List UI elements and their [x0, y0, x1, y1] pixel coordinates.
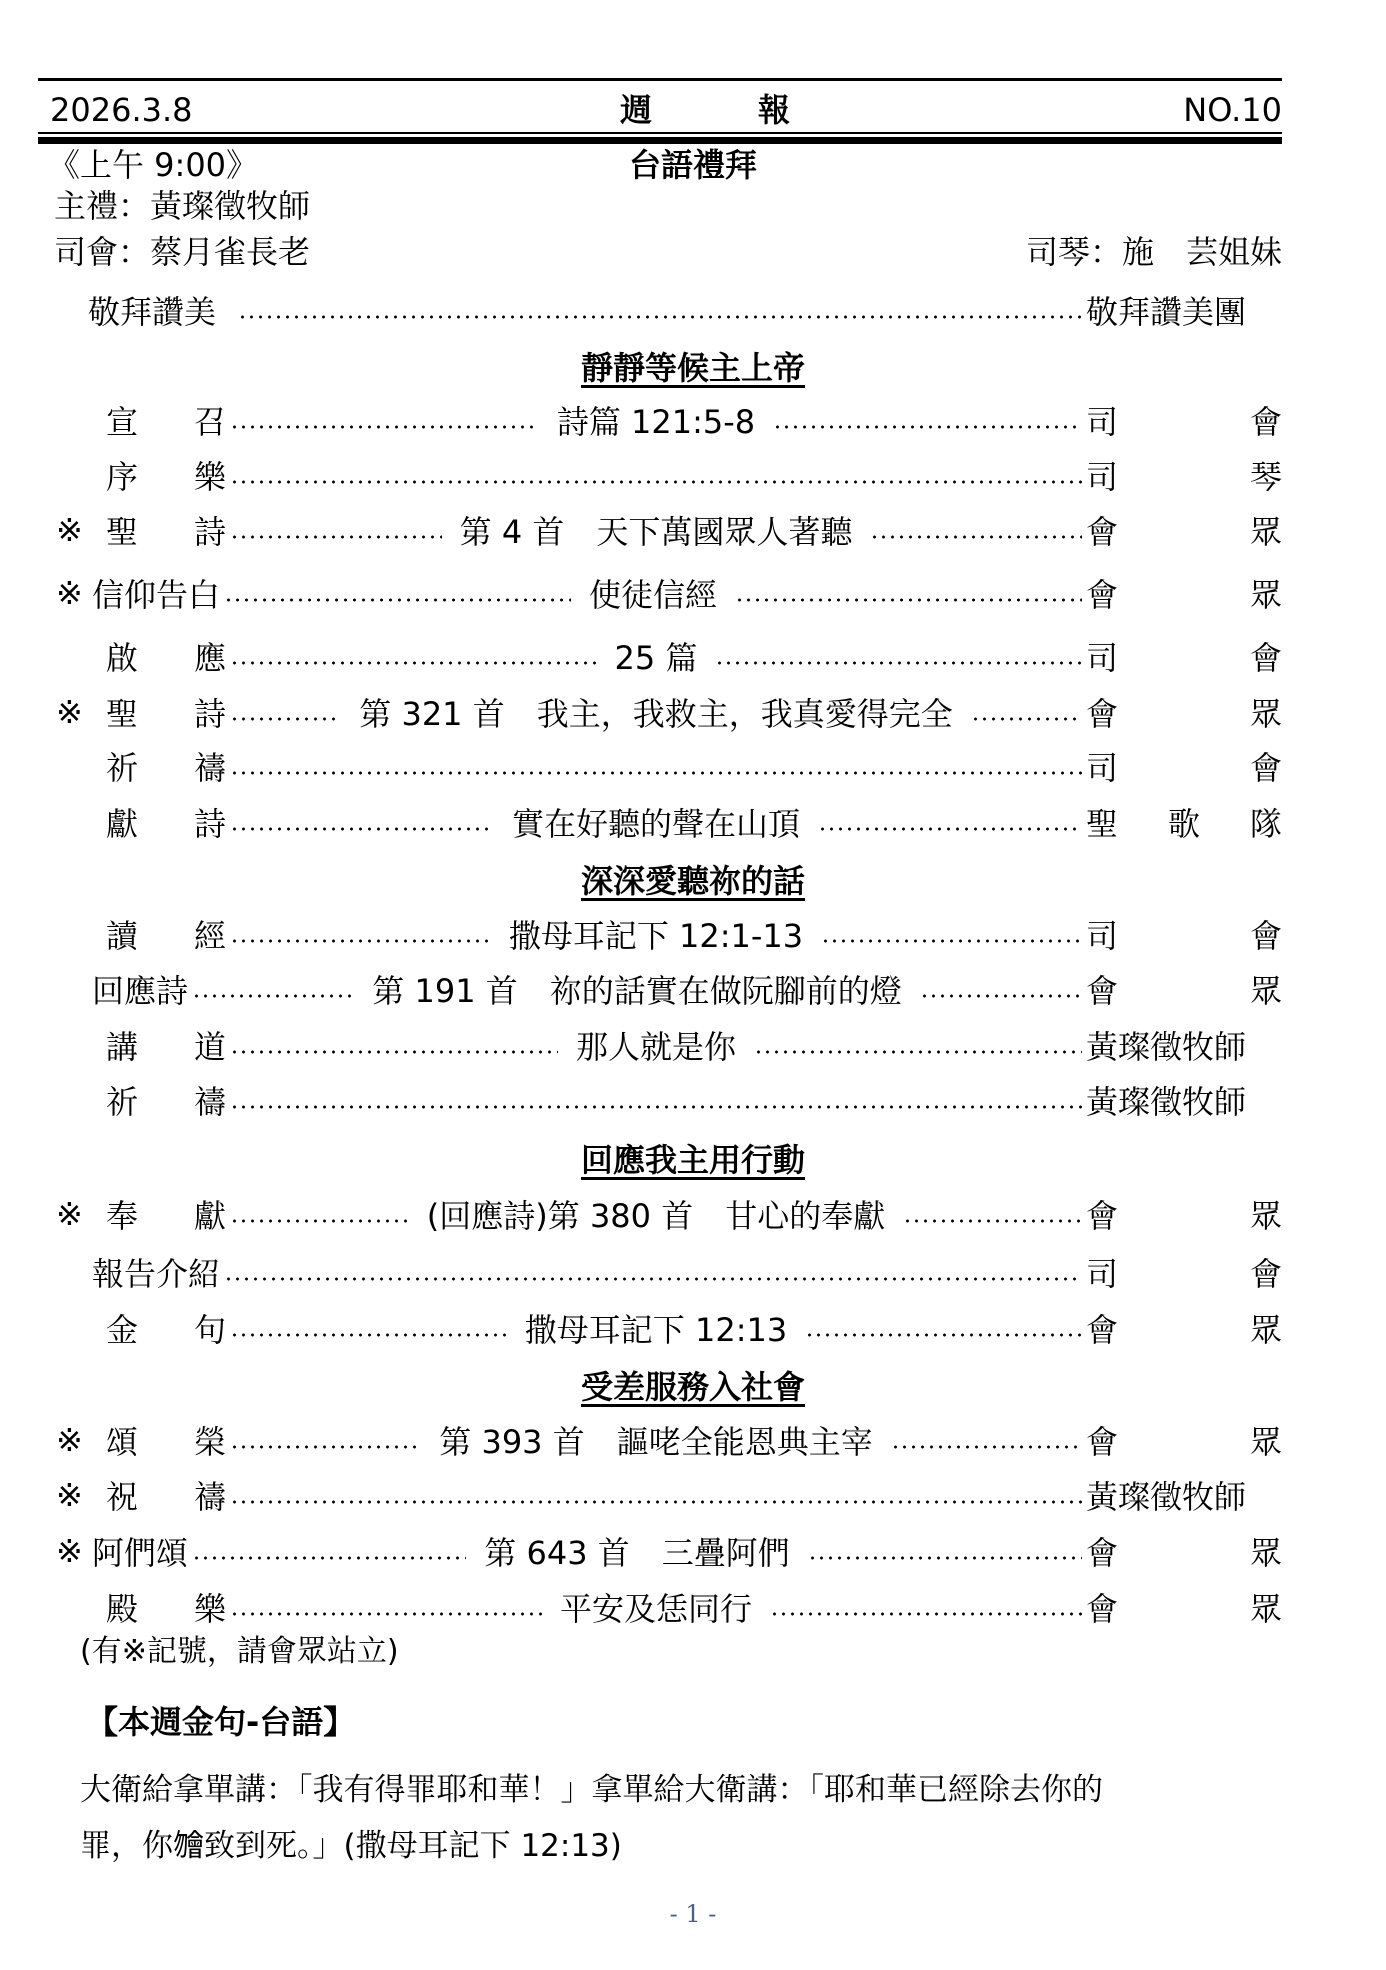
item-label-part: 道 — [194, 1022, 226, 1068]
dot-leader — [920, 994, 1082, 998]
item-label: 序樂 — [106, 452, 226, 498]
item-performer-part: 眾 — [1250, 1305, 1282, 1351]
item-performer-part: 眾 — [1250, 1417, 1282, 1463]
dot-leader — [230, 827, 494, 831]
item-performer-part: 眾 — [1250, 689, 1282, 735]
item-performer-part: 會 — [1086, 1584, 1118, 1630]
header-thick-rule — [38, 137, 1282, 144]
section-heading: 深深愛聽祢的話 — [0, 856, 1386, 902]
item-label: 聖詩 — [106, 689, 226, 735]
item-label: 奉獻 — [106, 1191, 226, 1237]
dot-leader — [230, 939, 491, 943]
dot-leader — [192, 994, 354, 998]
dot-leader — [808, 1556, 1082, 1560]
presider: 主禮：黃璨徵牧師 — [54, 186, 310, 226]
item-performer-part: 司 — [1086, 1249, 1118, 1295]
item-performer-part: 會 — [1086, 507, 1118, 553]
item-label-part: 樂 — [194, 452, 226, 498]
item-performer: 黃璨徵牧師 — [1086, 1022, 1282, 1068]
stand-mark: ※ — [56, 1532, 92, 1570]
item-performer-part: 會 — [1086, 1528, 1118, 1574]
header-thin-rule — [38, 132, 1282, 134]
item-label-part: 召 — [194, 397, 226, 443]
dot-leader — [230, 425, 539, 429]
section-heading-text: 深深愛聽祢的話 — [581, 862, 805, 900]
program-row: 殿樂平安及恁同行會眾 — [56, 1584, 1282, 1630]
item-label: 獻詩 — [106, 799, 226, 845]
dot-leader — [224, 598, 571, 602]
dot-leader — [903, 1219, 1082, 1223]
header-top-rule — [38, 78, 1282, 81]
memory-verse-line-2: 罪，你𣍐致到死。」(撒母耳記下 12:13) — [80, 1818, 1310, 1874]
item-performer-part: 聖 — [1086, 799, 1118, 845]
dot-leader — [230, 771, 1082, 775]
item-label: 頌榮 — [106, 1417, 226, 1463]
item-performer: 會眾 — [1086, 1584, 1282, 1630]
item-performer-part: 琴 — [1250, 452, 1282, 498]
dot-leader — [230, 1219, 409, 1223]
dot-leader — [230, 1050, 558, 1054]
item-performer-part: 會 — [1086, 1191, 1118, 1237]
item-label-part: 信仰告白 — [92, 570, 220, 616]
dot-leader — [230, 1445, 421, 1449]
item-performer: 會眾 — [1086, 1528, 1282, 1574]
dot-leader — [773, 425, 1082, 429]
item-performer: 會眾 — [1086, 507, 1282, 553]
item-content: 第 4 首 天下萬國眾人著聽 — [446, 507, 867, 553]
item-performer: 司會 — [1086, 911, 1282, 957]
bulletin-date: 2026.3.8 — [50, 92, 193, 128]
host: 司會：蔡月雀長老 — [54, 232, 310, 272]
dot-leader — [891, 1445, 1082, 1449]
dot-leader — [230, 1500, 1082, 1504]
dot-leader — [754, 1050, 1082, 1054]
organist: 司琴：施 芸姐妹 — [1026, 232, 1282, 272]
item-performer: 司會 — [1086, 1249, 1282, 1295]
item-label-part: 禱 — [194, 1077, 226, 1123]
item-label: 殿樂 — [106, 1584, 226, 1630]
program-row: ※奉獻(回應詩)第 380 首 甘心的奉獻會眾 — [56, 1191, 1282, 1237]
item-performer-part: 隊 — [1250, 799, 1282, 845]
stand-note: (有※記號，請會眾站立) — [80, 1632, 399, 1672]
item-performer-part: 會 — [1250, 633, 1282, 679]
program-row: ※祝禱黃璨徵牧師 — [56, 1472, 1282, 1518]
item-performer: 司會 — [1086, 397, 1282, 443]
item-performer: 黃璨徵牧師 — [1086, 1472, 1282, 1518]
item-performer-part: 會 — [1250, 397, 1282, 443]
item-label: 報告介紹 — [92, 1249, 220, 1295]
dot-leader — [821, 939, 1082, 943]
stand-mark: ※ — [56, 693, 92, 731]
item-performer-part: 眾 — [1250, 1191, 1282, 1237]
program-row: 祈禱黃璨徵牧師 — [56, 1077, 1282, 1123]
item-label-part: 奉 — [106, 1191, 138, 1237]
item-performer: 司琴 — [1086, 452, 1282, 498]
item-label-part: 殿 — [106, 1584, 138, 1630]
program-row: 講道那人就是你黃璨徵牧師 — [56, 1022, 1282, 1068]
program-row: ※信仰告白使徒信經會眾 — [56, 570, 1282, 616]
item-label-part: 榮 — [194, 1417, 226, 1463]
item-label-part: 詩 — [194, 507, 226, 553]
section-heading: 靜靜等候主上帝 — [0, 343, 1386, 389]
item-performer: 會眾 — [1086, 1417, 1282, 1463]
item-label-part: 獻 — [194, 1191, 226, 1237]
item-performer-part: 眾 — [1250, 570, 1282, 616]
item-performer-part: 司 — [1086, 911, 1118, 957]
item-content: 第 321 首 我主，我救主，我真愛得完全 — [345, 689, 966, 735]
item-label-part: 啟 — [106, 633, 138, 679]
program-row: 報告介紹司會 — [56, 1249, 1282, 1295]
item-label: 讀經 — [106, 911, 226, 957]
dot-leader — [230, 535, 442, 539]
item-performer: 聖歌隊 — [1086, 799, 1282, 845]
item-label: 宣召 — [106, 397, 226, 443]
item-performer-part: 會 — [1250, 911, 1282, 957]
service-title: 台語禮拜 — [0, 145, 1386, 185]
issue-number: NO.10 — [1183, 92, 1282, 128]
stand-mark: ※ — [56, 511, 92, 549]
dot-leader — [230, 661, 597, 665]
item-performer-part: 會 — [1250, 743, 1282, 789]
program-row: 序樂司琴 — [56, 452, 1282, 498]
item-content: 撒母耳記下 12:1-13 — [495, 911, 817, 957]
dot-leader — [971, 717, 1082, 721]
item-performer: 黃璨徵牧師 — [1086, 1077, 1282, 1123]
item-label-part: 序 — [106, 452, 138, 498]
dot-leader — [735, 598, 1082, 602]
item-performer-part: 司 — [1086, 397, 1118, 443]
stand-mark: ※ — [56, 1195, 92, 1233]
item-content: 第 393 首 謳咾全能恩典主宰 — [425, 1417, 886, 1463]
item-performer-part: 會 — [1250, 1249, 1282, 1295]
dot-leader — [224, 1277, 1082, 1281]
dot-leader — [805, 1333, 1082, 1337]
item-performer-part: 眾 — [1250, 966, 1282, 1012]
item-performer-part: 會 — [1086, 1305, 1118, 1351]
item-performer-part: 會 — [1086, 966, 1118, 1012]
item-performer-part: 黃璨徵牧師 — [1086, 1022, 1246, 1068]
item-label: 信仰告白 — [92, 570, 220, 616]
item-performer-part: 會 — [1086, 1417, 1118, 1463]
item-performer-part: 會 — [1086, 689, 1118, 735]
item-content: 使徒信經 — [575, 570, 731, 616]
program-row: 啟應25 篇司會 — [56, 633, 1282, 679]
item-performer-part: 司 — [1086, 452, 1118, 498]
program-row: 獻詩實在好聽的聲在山頂聖歌隊 — [56, 799, 1282, 845]
item-label-part: 禱 — [194, 1472, 226, 1518]
item-content: 撒母耳記下 12:13 — [511, 1305, 801, 1351]
item-performer-part: 司 — [1086, 743, 1118, 789]
item-content: 第 643 首 三疊阿們 — [470, 1528, 803, 1574]
program-row: ※阿們頌第 643 首 三疊阿們會眾 — [56, 1528, 1282, 1574]
program-row: 回應詩第 191 首 祢的話實在做阮腳前的燈會眾 — [56, 966, 1282, 1012]
program-row: ※頌榮第 393 首 謳咾全能恩典主宰會眾 — [56, 1417, 1282, 1463]
dot-leader — [238, 315, 1082, 319]
dot-leader — [230, 717, 341, 721]
item-content: 詩篇 121:5-8 — [543, 397, 769, 443]
section-heading-text: 靜靜等候主上帝 — [581, 349, 805, 387]
dot-leader — [230, 1612, 542, 1616]
stand-mark: ※ — [56, 1476, 92, 1514]
item-content: 平安及恁同行 — [546, 1584, 766, 1630]
item-label-part: 句 — [194, 1305, 226, 1351]
dot-leader — [192, 1556, 466, 1560]
item-label-part: 禱 — [194, 743, 226, 789]
item-performer-part: 黃璨徵牧師 — [1086, 1077, 1246, 1123]
item-label-part: 詩 — [194, 799, 226, 845]
section-heading-text: 受差服務入社會 — [581, 1368, 805, 1406]
item-label: 祈禱 — [106, 743, 226, 789]
item-label: 阿們頌 — [92, 1528, 188, 1574]
item-label-part: 宣 — [106, 397, 138, 443]
item-label-part: 詩 — [194, 689, 226, 735]
item-label-part: 聖 — [106, 507, 138, 553]
section-heading: 回應我主用行動 — [0, 1135, 1386, 1181]
item-performer-part: 歌 — [1168, 799, 1200, 845]
item-performer: 會眾 — [1086, 689, 1282, 735]
item-label-part: 報告介紹 — [92, 1249, 220, 1295]
item-performer-part: 眾 — [1250, 507, 1282, 553]
program-row: ※聖詩第 321 首 我主，我救主，我真愛得完全會眾 — [56, 689, 1282, 735]
item-performer-part: 會 — [1086, 570, 1118, 616]
item-label-part: 頌 — [106, 1417, 138, 1463]
item-label: 回應詩 — [92, 966, 188, 1012]
page-number: - 1 - — [0, 1900, 1386, 1928]
item-label-part: 經 — [194, 911, 226, 957]
dot-leader — [770, 1612, 1082, 1616]
item-content: 那人就是你 — [562, 1022, 750, 1068]
item-label-part: 應 — [194, 633, 226, 679]
program-row: 宣召詩篇 121:5-8司會 — [56, 397, 1282, 443]
item-label: 啟應 — [106, 633, 226, 679]
item-performer-part: 黃璨徵牧師 — [1086, 1472, 1246, 1518]
item-performer: 會眾 — [1086, 1191, 1282, 1237]
item-label: 祈禱 — [106, 1077, 226, 1123]
item-label: 金句 — [106, 1305, 226, 1351]
dot-leader — [230, 1333, 507, 1337]
dot-leader — [230, 480, 1082, 484]
item-label-part: 獻 — [106, 799, 138, 845]
memory-verse-line-1: 大衛給拿單講：「我有得罪耶和華！」拿單給大衛講：「耶和華已經除去你的 — [80, 1762, 1310, 1818]
item-label-part: 祈 — [106, 1077, 138, 1123]
item-label-part: 聖 — [106, 689, 138, 735]
item-label-part: 金 — [106, 1305, 138, 1351]
item-label: 講道 — [106, 1022, 226, 1068]
item-performer: 會眾 — [1086, 966, 1282, 1012]
item-content: 第 191 首 祢的話實在做阮腳前的燈 — [358, 966, 915, 1012]
item-label-part: 祝 — [106, 1472, 138, 1518]
item-content: (回應詩)第 380 首 甘心的奉獻 — [413, 1191, 899, 1237]
item-content: 25 篇 — [601, 633, 712, 679]
item-performer: 會眾 — [1086, 570, 1282, 616]
item-label-part: 回應詩 — [92, 966, 188, 1012]
item-content: 實在好聽的聲在山頂 — [498, 799, 814, 845]
program-row-opening: 敬拜讚美 敬拜讚美團 — [88, 287, 1282, 333]
bulletin-title-char: 週 — [620, 92, 652, 128]
memory-verse-heading: 【本週金句-台語】 — [86, 1702, 355, 1742]
program-row: 金句撒母耳記下 12:13會眾 — [56, 1305, 1282, 1351]
item-label-part: 阿們頌 — [92, 1528, 188, 1574]
item-label-part: 講 — [106, 1022, 138, 1068]
item-performer: 司會 — [1086, 743, 1282, 789]
program-row: ※聖詩第 4 首 天下萬國眾人著聽會眾 — [56, 507, 1282, 553]
dot-leader — [818, 827, 1082, 831]
bulletin-title: 週 報 — [620, 92, 790, 128]
item-label: 祝禱 — [106, 1472, 226, 1518]
item-label-part: 樂 — [194, 1584, 226, 1630]
item-label: 聖詩 — [106, 507, 226, 553]
item-label-part: 祈 — [106, 743, 138, 789]
section-heading: 受差服務入社會 — [0, 1362, 1386, 1408]
stand-mark: ※ — [56, 1421, 92, 1459]
item-label-part: 讀 — [106, 911, 138, 957]
program-row: 讀經撒母耳記下 12:1-13司會 — [56, 911, 1282, 957]
item-label: 敬拜讚美 — [88, 287, 216, 333]
section-heading-text: 回應我主用行動 — [581, 1141, 805, 1179]
item-performer-part: 眾 — [1250, 1528, 1282, 1574]
item-performer-part: 眾 — [1250, 1584, 1282, 1630]
item-performer: 會眾 — [1086, 1305, 1282, 1351]
bulletin-title-char: 報 — [758, 92, 790, 128]
dot-leader — [715, 661, 1082, 665]
dot-leader — [230, 1105, 1082, 1109]
dot-leader — [870, 535, 1082, 539]
item-performer: 司會 — [1086, 633, 1282, 679]
item-performer-part: 司 — [1086, 633, 1118, 679]
stand-mark: ※ — [56, 574, 92, 612]
program-row: 祈禱司會 — [56, 743, 1282, 789]
item-performer: 敬拜讚美團 — [1086, 287, 1282, 333]
